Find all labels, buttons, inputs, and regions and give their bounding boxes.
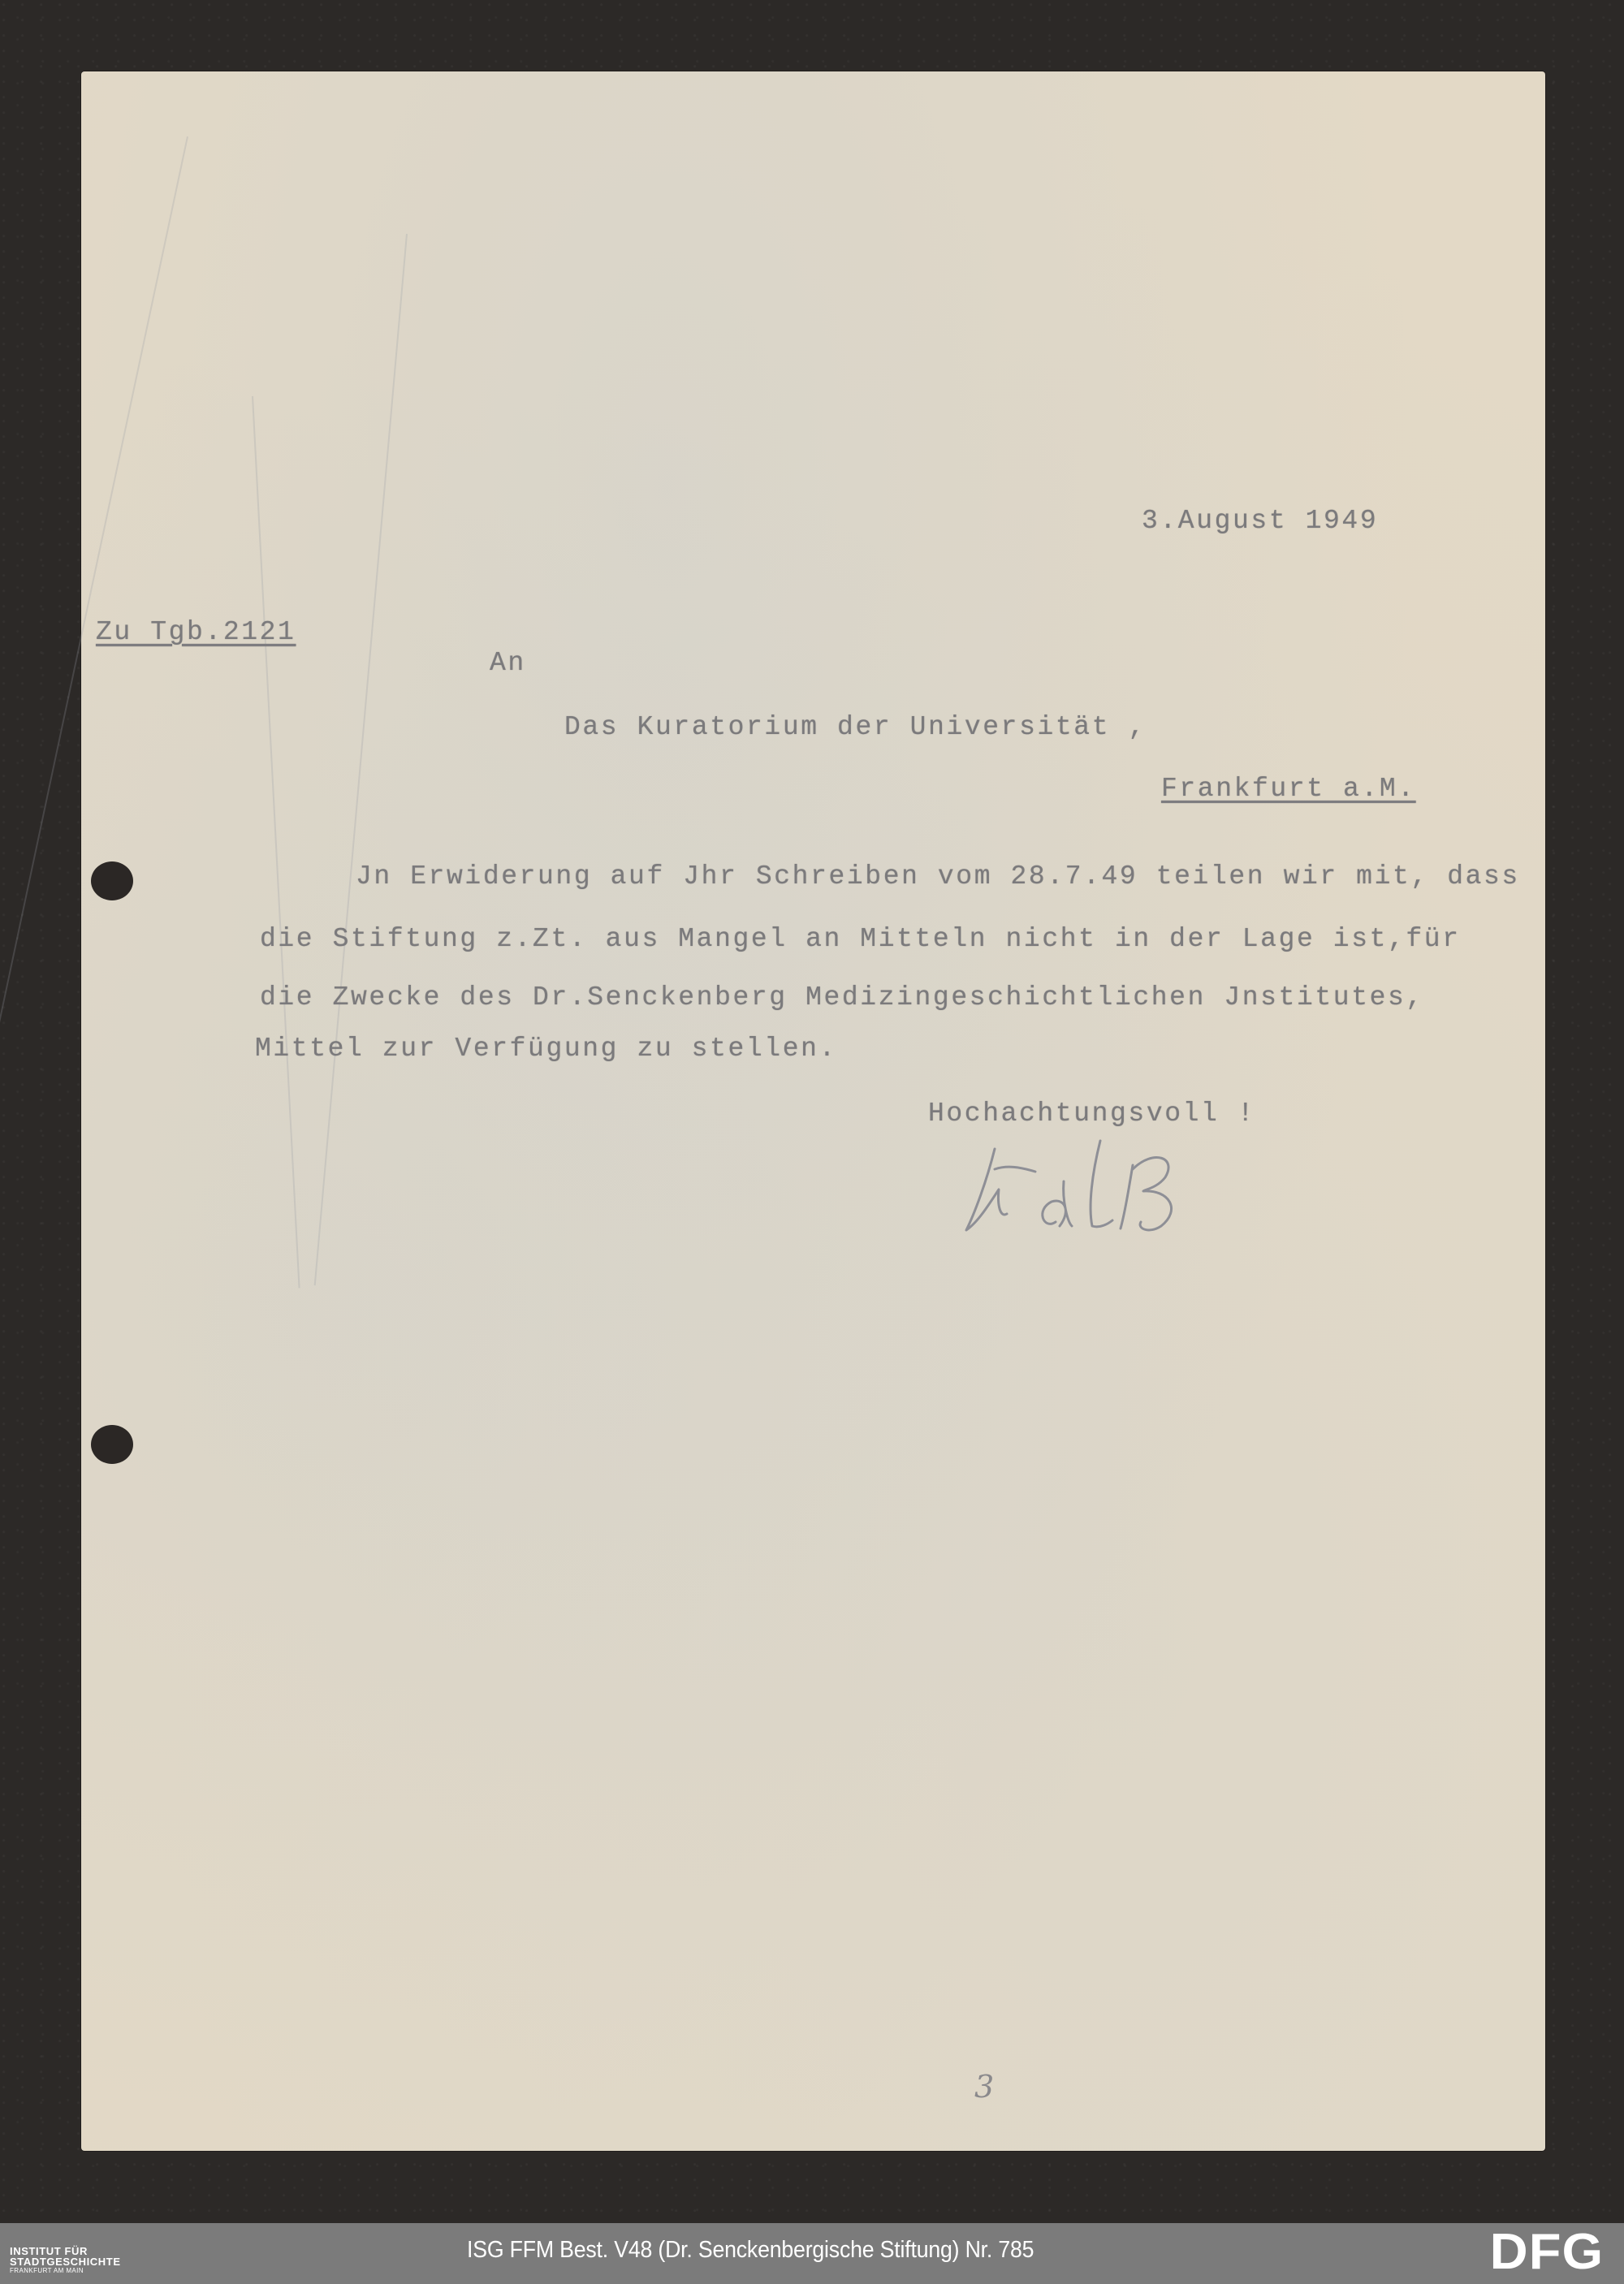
institut-logo-line3: FRANKFURT AM MAIN [10, 2268, 121, 2274]
body-line-4: Mittel zur Verfügung zu stellen. [255, 1035, 837, 1062]
closing-phrase: Hochachtungsvoll ! [928, 1100, 1255, 1127]
archive-caption: ISG FFM Best. V48 (Dr. Senckenbergische … [467, 2237, 1034, 2264]
page-number: 3 [974, 2069, 994, 2105]
body-line-3: die Zwecke des Dr.Senckenberg Medizinges… [260, 984, 1424, 1011]
paper-crease [314, 234, 408, 1285]
paper-crease [252, 396, 300, 1289]
salutation-an: An [490, 650, 526, 676]
punch-hole-lower [91, 1425, 133, 1464]
dfg-logo: DFG [1490, 2227, 1605, 2278]
document-page [81, 71, 1545, 2151]
punch-hole-upper [91, 861, 133, 900]
handwritten-signature [958, 1133, 1202, 1254]
recipient-name: Das Kuratorium der Universität , [564, 714, 1147, 740]
body-line-1: Jn Erwiderung auf Jhr Schreiben vom 28.7… [356, 863, 1520, 890]
recipient-city: Frankfurt a.M. [1161, 775, 1416, 802]
institut-logo-line2: STADTGESCHICHTE [10, 2256, 121, 2267]
institut-logo: INSTITUT FÜR STADTGESCHICHTE FRANKFURT A… [10, 2246, 121, 2274]
reference-number: Zu Tgb.2121 [96, 619, 296, 645]
body-line-2: die Stiftung z.Zt. aus Mangel an Mitteln… [260, 926, 1461, 952]
letter-date: 3.August 1949 [1142, 507, 1378, 534]
